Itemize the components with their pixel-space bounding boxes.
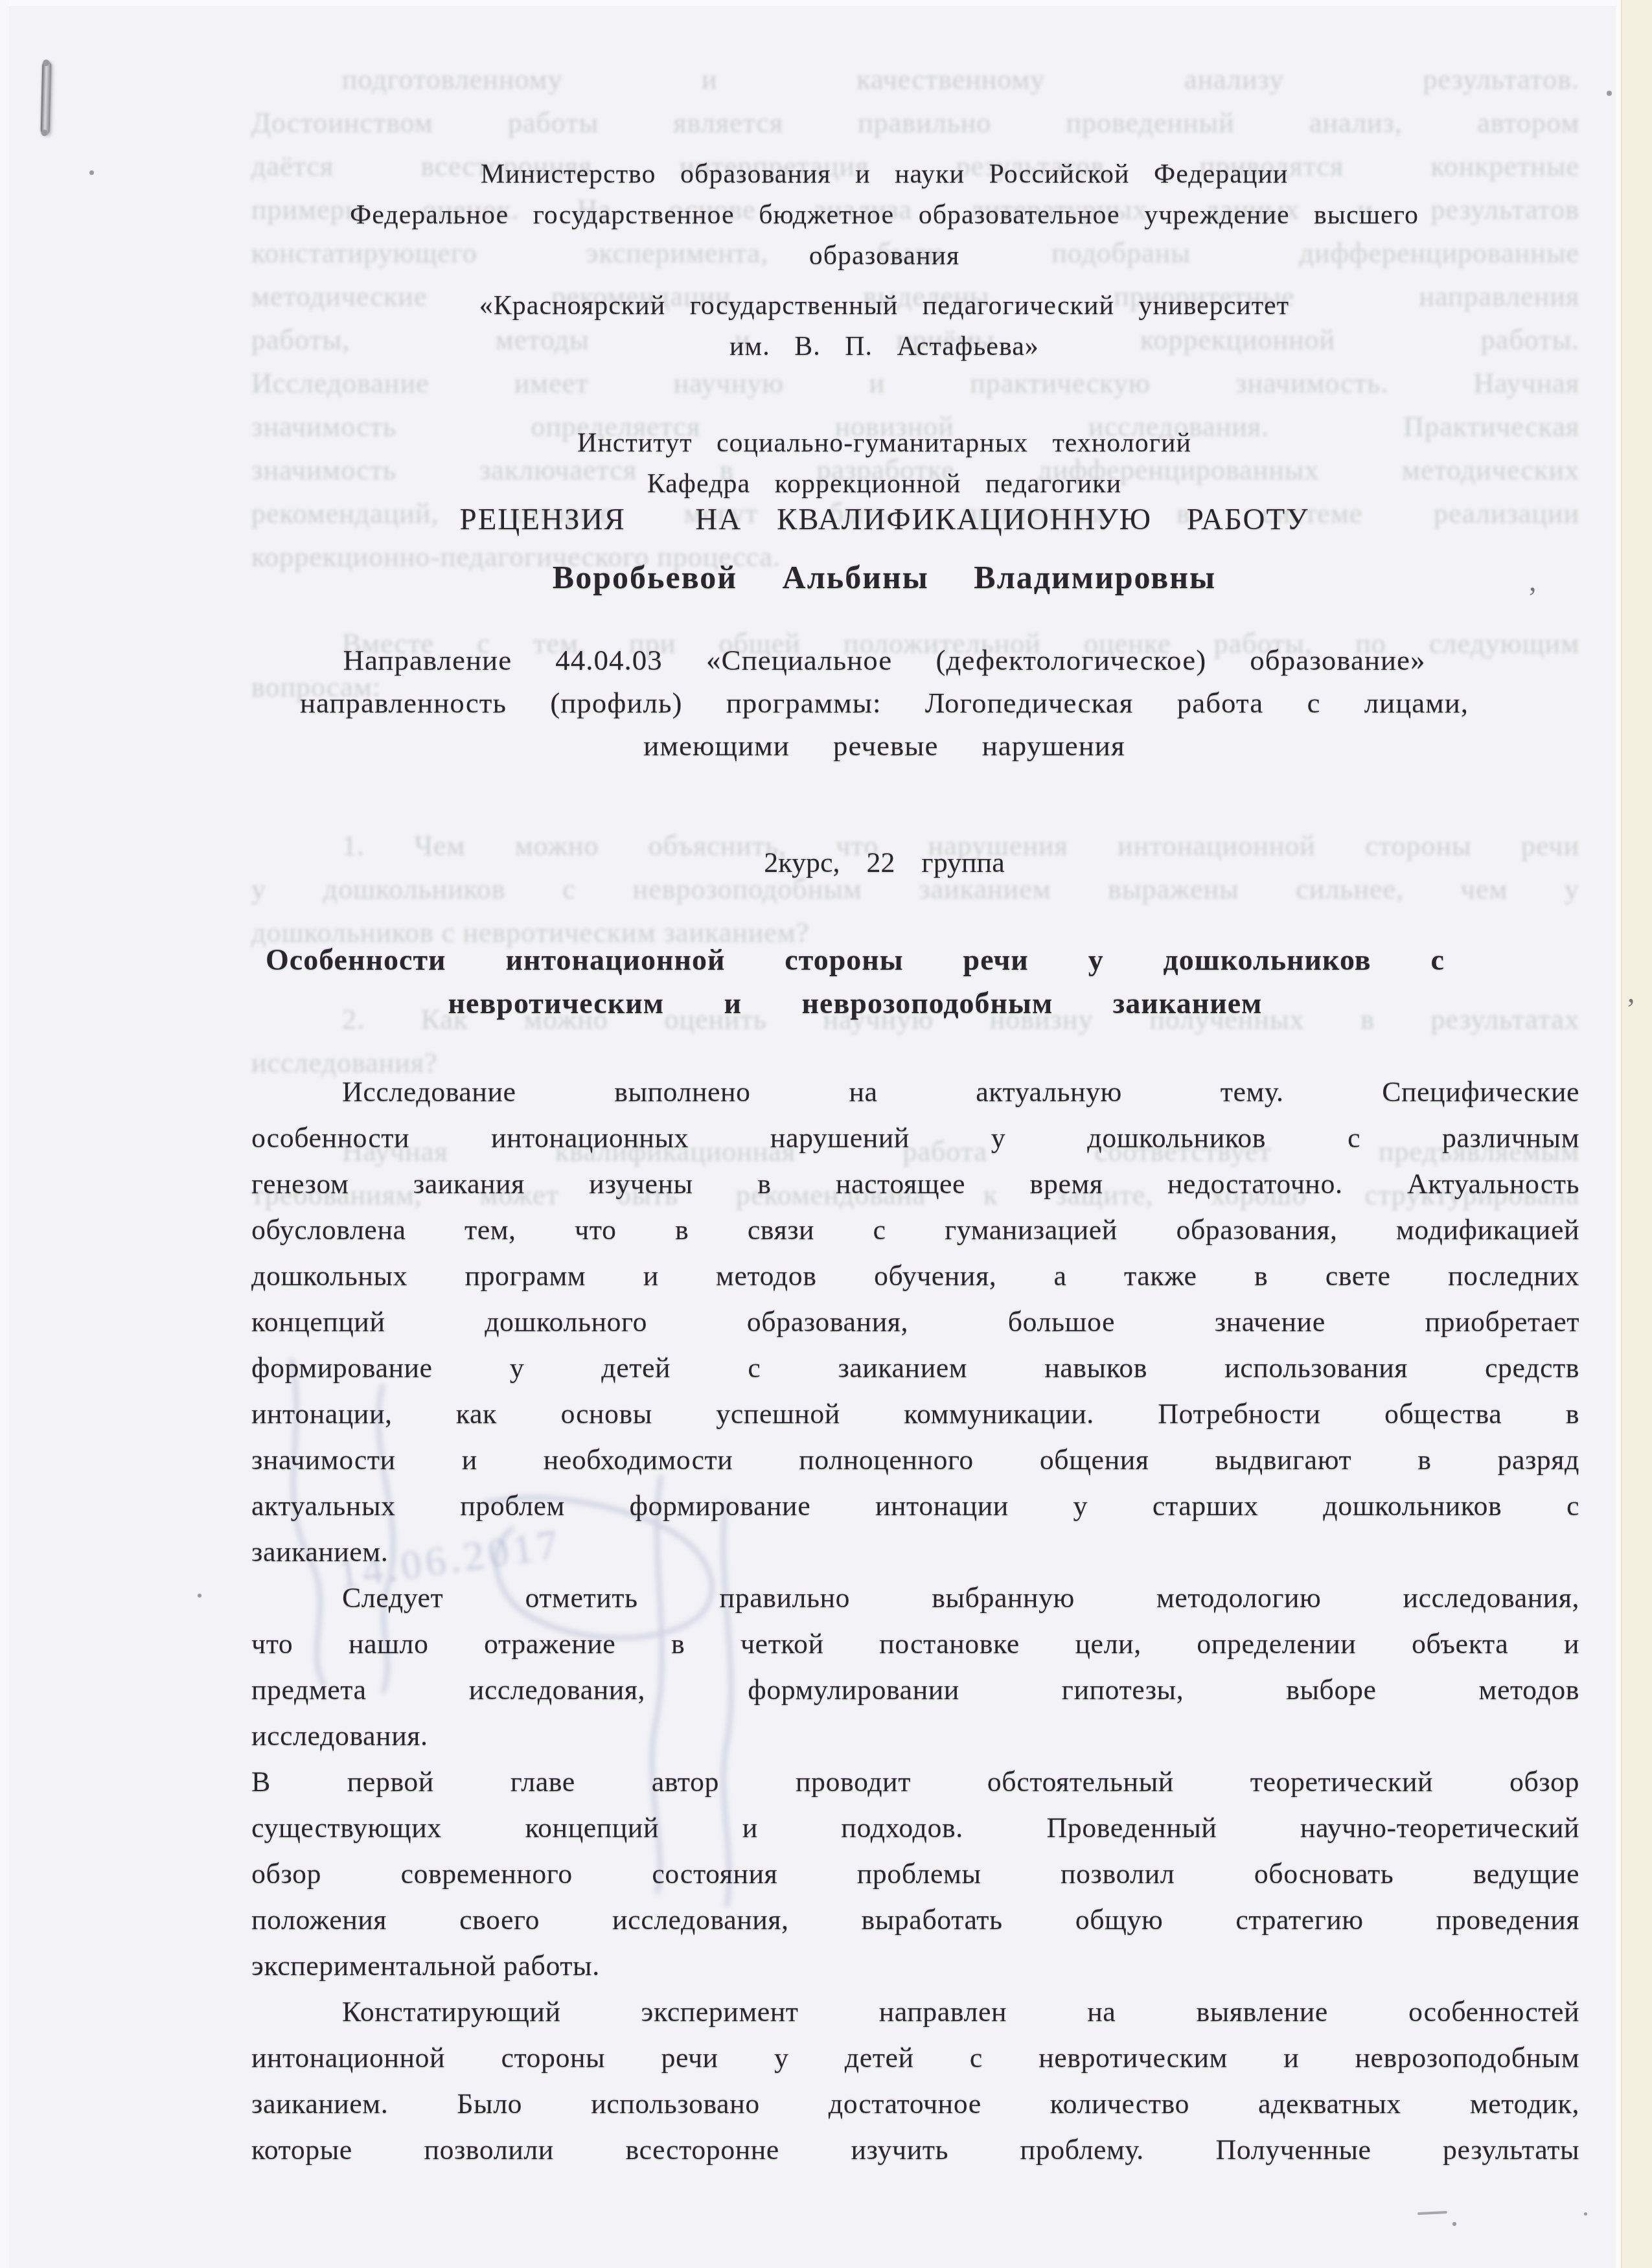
body-line: актуальных проблем формирование интонаци…: [251, 1483, 1579, 1529]
body-line: которые позволили всесторонне изучить пр…: [251, 2127, 1579, 2173]
body-line: экспериментальной работы.: [251, 1943, 1579, 1989]
body-line: формирование у детей с заиканием навыков…: [251, 1345, 1579, 1391]
body-line: предмета исследования, формулировании ги…: [251, 1667, 1579, 1713]
body-line: концепций дошкольного образования, больш…: [251, 1299, 1579, 1345]
letterhead-line: «Красноярский государственный педагогиче…: [220, 286, 1548, 326]
body-line: заиканием.: [251, 1529, 1579, 1575]
letterhead-line: Федеральное государственное бюджетное об…: [220, 195, 1548, 236]
ink-speck: [1607, 91, 1612, 96]
program-line: имеющими речевые нарушения: [220, 724, 1548, 767]
program-block: Направление 44.04.03 «Специальное (дефек…: [220, 639, 1548, 767]
ink-speck: [1452, 2222, 1456, 2226]
letterhead-line: Кафедра коррекционной педагогики: [220, 464, 1548, 505]
thesis-title-line: Особенности интонационной стороны речи у…: [266, 938, 1445, 981]
program-line: направленность (профиль) программы: Лого…: [220, 682, 1548, 724]
letterhead: Министерство образования и науки Российс…: [220, 154, 1548, 505]
ink-speck: [198, 1594, 201, 1598]
body-text: Исследование выполнено на актуальную тем…: [251, 1069, 1579, 2173]
body-line: дошкольных программ и методов обучения, …: [251, 1253, 1579, 1299]
body-line: Следует отметить правильно выбранную мет…: [251, 1575, 1579, 1621]
body-line: обзор современного состояния проблемы по…: [251, 1851, 1579, 1897]
body-line: интонации, как основы успешной коммуника…: [251, 1391, 1579, 1437]
body-line: Констатирующий эксперимент направлен на …: [251, 1989, 1579, 2035]
ink-speck: [89, 170, 94, 175]
body-line: существующих концепций и подходов. Прове…: [251, 1805, 1579, 1851]
author-name: Воробьевой Альбины Владимировны: [220, 558, 1548, 596]
pen-fleck: ,: [1627, 975, 1635, 1009]
review-heading: РЕЦЕНЗИЯ НА КВАЛИФИКАЦИОННУЮ РАБОТУ: [220, 502, 1548, 537]
body-line: В первой главе автор проводит обстоятель…: [251, 1759, 1579, 1805]
body-line: значимости и необходимости полноценного …: [251, 1437, 1579, 1483]
scanned-review-page: 14.06.2017 подготовленному и качественно…: [0, 0, 1652, 2268]
letterhead-line: Министерство образования и науки Российс…: [220, 154, 1548, 195]
pen-fleck: ,: [1529, 564, 1537, 598]
thesis-title-line: невротическим и неврозоподобным заикание…: [266, 981, 1445, 1025]
course-group: 2курс, 22 группа: [220, 846, 1548, 879]
body-line: исследования.: [251, 1713, 1579, 1759]
body-line: что нашло отражение в четкой постановке …: [251, 1621, 1579, 1667]
body-line: заиканием. Было использовано достаточное…: [251, 2081, 1579, 2127]
letterhead-line: им. В. П. Астафьева»: [220, 326, 1548, 367]
letterhead-line: образования: [220, 236, 1548, 277]
body-line: Исследование выполнено на актуальную тем…: [251, 1069, 1579, 1115]
body-line: обусловлена тем, что в связи с гуманизац…: [251, 1207, 1579, 1253]
ink-speck: [1584, 2212, 1587, 2216]
body-line: генезом заикания изучены в настоящее вре…: [251, 1161, 1579, 1207]
body-line: положения своего исследования, выработат…: [251, 1897, 1579, 1943]
program-line: Направление 44.04.03 «Специальное (дефек…: [220, 639, 1548, 682]
letterhead-line: Институт социально-гуманитарных технолог…: [220, 423, 1548, 464]
thesis-title: Особенности интонационной стороны речи у…: [266, 938, 1445, 1025]
document-content: Министерство образования и науки Российс…: [0, 0, 1652, 2268]
body-line: особенности интонационных нарушений у до…: [251, 1115, 1579, 1161]
body-line: интонационной стороны речи у детей с нев…: [251, 2035, 1579, 2081]
